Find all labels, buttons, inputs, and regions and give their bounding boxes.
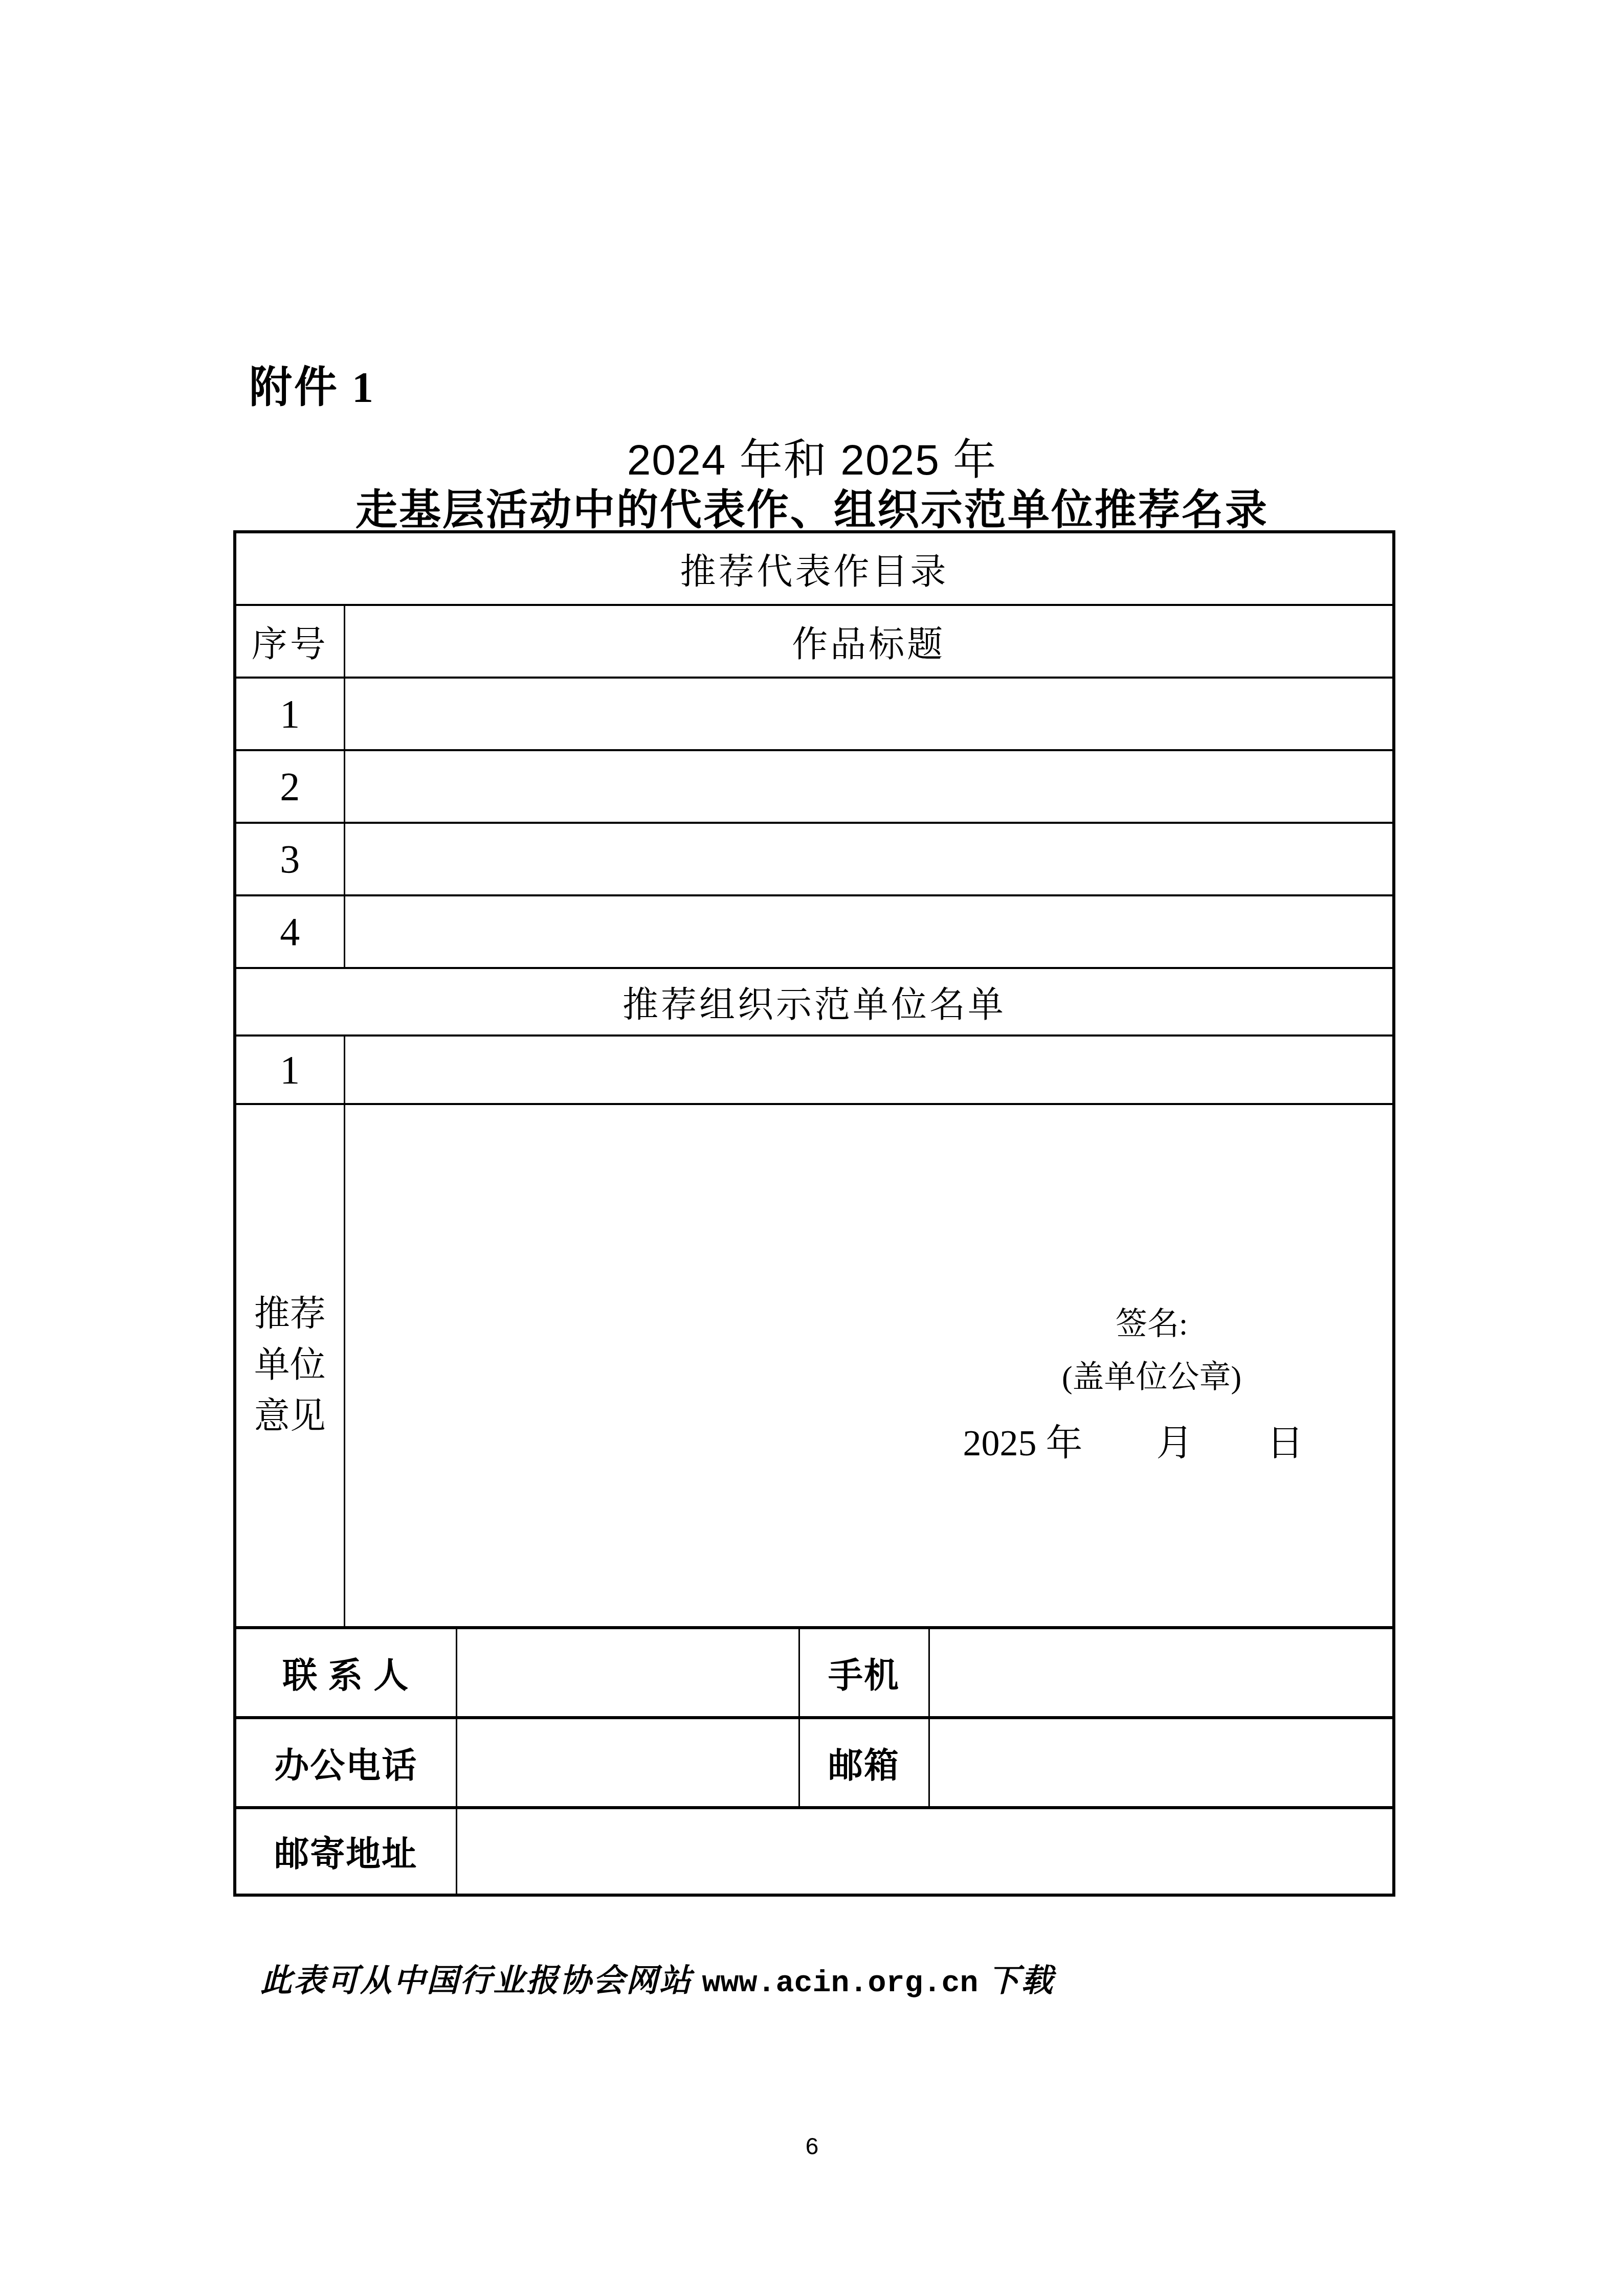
signature-block: 签名: (盖单位公章) 2025 年 月 日 — [963, 1298, 1304, 1475]
seal-note: (盖单位公章) — [963, 1351, 1304, 1404]
mailing-address-label: 邮寄地址 — [235, 1808, 456, 1895]
mailing-address-row: 邮寄地址 — [235, 1808, 1394, 1895]
works-section-header: 推荐代表作目录 — [235, 532, 1394, 605]
works-section-header-row: 推荐代表作目录 — [235, 532, 1394, 605]
recommendation-form-table: 推荐代表作目录 序号 作品标题 1 2 3 4 推荐组织示范单位名单 1 推荐 … — [233, 530, 1395, 1897]
footer-note: 此表可从中国行业报协会网站 www.acin.org.cn 下载 — [244, 1919, 1054, 2001]
contact-person-field — [456, 1628, 799, 1718]
opinion-label-line: 单位 — [236, 1340, 344, 1391]
works-row-title-field — [344, 895, 1394, 968]
office-phone-field — [456, 1718, 799, 1808]
works-row-title-field — [344, 678, 1394, 750]
email-label: 邮箱 — [799, 1718, 929, 1808]
opinion-label-line: 推荐 — [236, 1289, 344, 1340]
works-row-4: 4 — [235, 895, 1394, 968]
opinion-label-line: 意见 — [236, 1391, 344, 1443]
footer-note-suffix: 下载 — [978, 1964, 1055, 1998]
works-row-title-field — [344, 750, 1394, 823]
contact-person-row: 联 系 人 手机 — [235, 1628, 1394, 1718]
page-number: 6 — [0, 2132, 1624, 2160]
attachment-label: 附件 1 — [249, 353, 375, 415]
footer-note-prefix: 此表可从中国行业报协会网站 — [260, 1964, 702, 1998]
works-title-column-header: 作品标题 — [344, 605, 1394, 678]
works-row-title-field — [344, 823, 1394, 895]
works-row-index: 1 — [235, 678, 344, 750]
opinion-label: 推荐 单位 意见 — [235, 1104, 344, 1628]
works-row-index: 2 — [235, 750, 344, 823]
office-phone-label: 办公电话 — [235, 1718, 456, 1808]
office-phone-row: 办公电话 邮箱 — [235, 1718, 1394, 1808]
works-row-3: 3 — [235, 823, 1394, 895]
works-row-index: 3 — [235, 823, 344, 895]
website-url: www.acin.org.cn — [702, 1966, 978, 2001]
works-index-column-header: 序号 — [235, 605, 344, 678]
org-row-1: 1 — [235, 1036, 1394, 1104]
contact-person-label: 联 系 人 — [235, 1628, 456, 1718]
mobile-field — [929, 1628, 1394, 1718]
org-section-header-row: 推荐组织示范单位名单 — [235, 968, 1394, 1036]
works-row-index: 4 — [235, 895, 344, 968]
signature-label: 签名: — [963, 1298, 1304, 1351]
org-row-index: 1 — [235, 1036, 344, 1104]
opinion-row: 推荐 单位 意见 签名: (盖单位公章) 2025 年 月 日 — [235, 1104, 1394, 1628]
org-row-name-field — [344, 1036, 1394, 1104]
mobile-label: 手机 — [799, 1628, 929, 1718]
email-field — [929, 1718, 1394, 1808]
works-row-1: 1 — [235, 678, 1394, 750]
mailing-address-field — [456, 1808, 1394, 1895]
date-line: 2025 年 月 日 — [963, 1411, 1304, 1475]
opinion-content-cell: 签名: (盖单位公章) 2025 年 月 日 — [344, 1104, 1394, 1628]
org-section-header: 推荐组织示范单位名单 — [235, 968, 1394, 1036]
works-row-2: 2 — [235, 750, 1394, 823]
works-column-header-row: 序号 作品标题 — [235, 605, 1394, 678]
document-subtitle: 走基层活动中的代表作、组织示范单位推荐名录 — [0, 477, 1624, 536]
